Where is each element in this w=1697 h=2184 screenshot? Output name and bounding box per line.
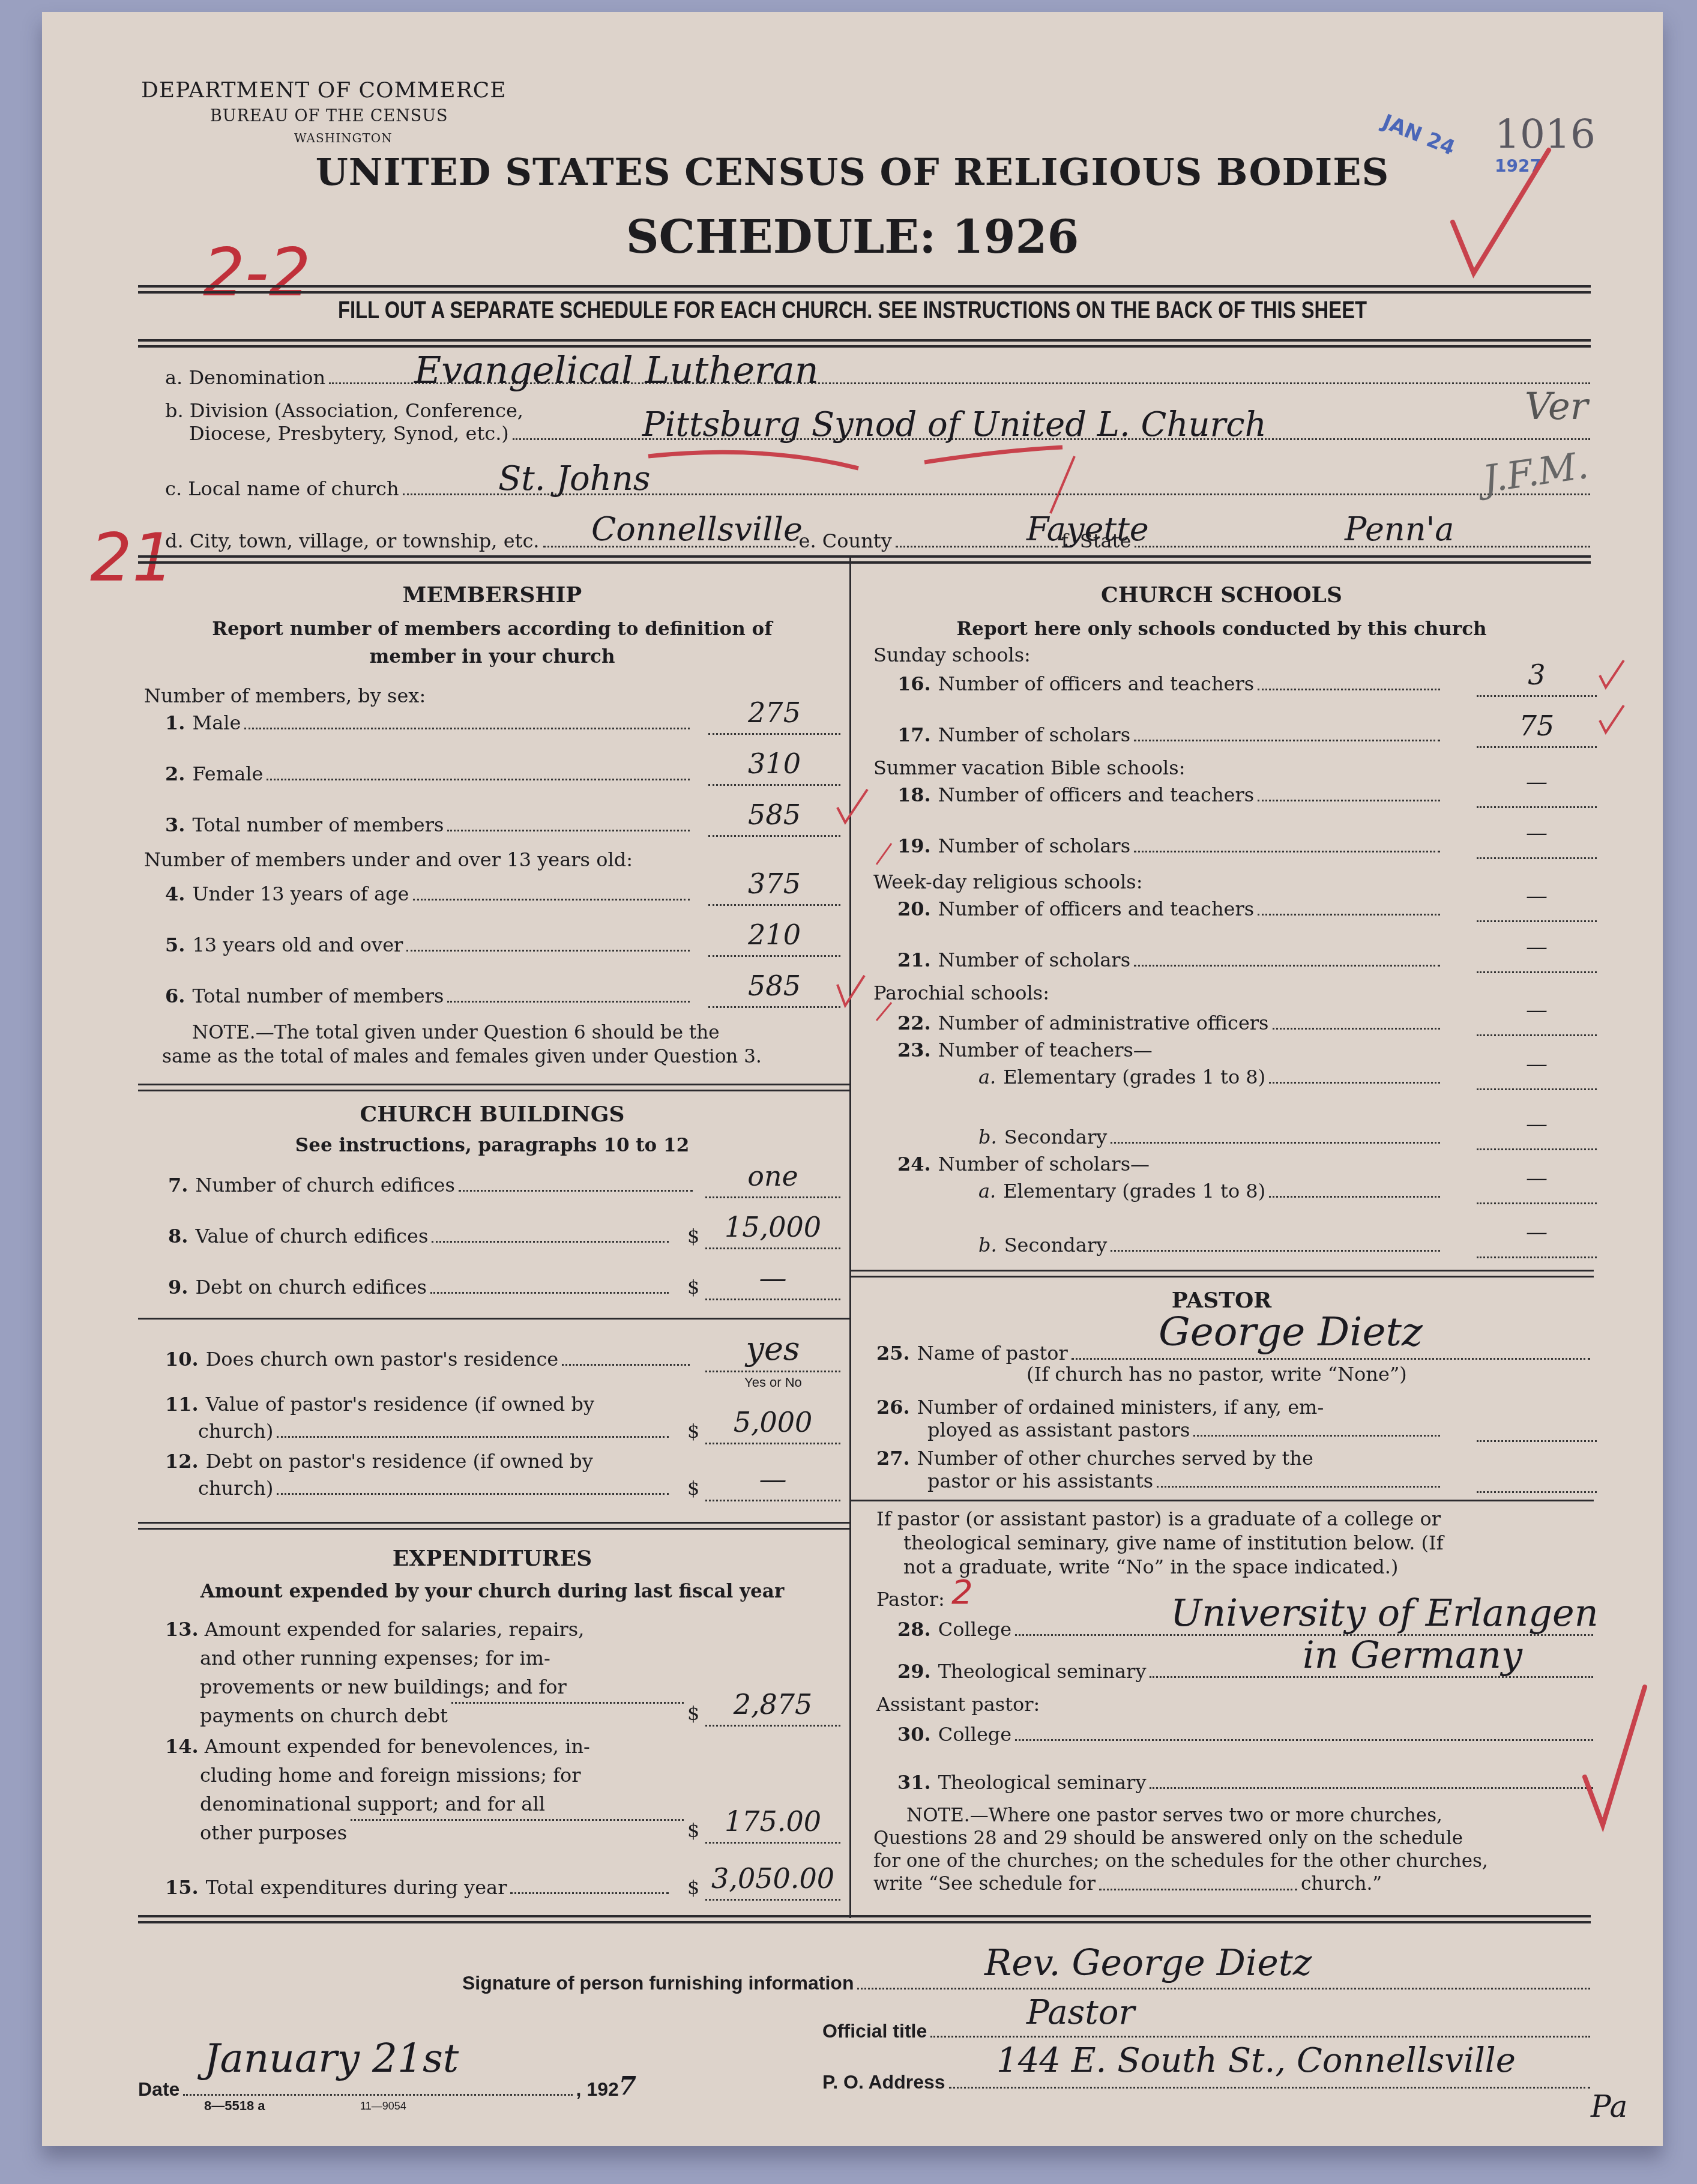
question-number: 3. — [165, 813, 185, 836]
red-check-icon — [1597, 702, 1627, 738]
question-label: denominational support; and for all — [165, 1790, 687, 1818]
print-code: 11—9054 — [360, 2100, 406, 2113]
section-divider — [138, 1090, 849, 1091]
question-label: Number of officers and teachers — [938, 783, 1255, 806]
question-label: pastor or his assistants — [927, 1470, 1153, 1492]
answer-line — [705, 1841, 840, 1844]
question-label: Male — [192, 711, 241, 734]
dotted-leader — [1134, 964, 1440, 967]
other-churches-field[interactable] — [1477, 1491, 1597, 1493]
address-label: P. O. Address — [822, 2071, 945, 2093]
question-number: 1. — [165, 711, 185, 734]
pencil-verification-mark: Ver — [1525, 384, 1588, 428]
question-label: College — [938, 1618, 1012, 1641]
question-number: 19. — [897, 834, 931, 857]
schools-q23: 23. Number of teachers— — [897, 1039, 1444, 1061]
answer-line — [705, 1370, 840, 1372]
answer-line — [1477, 1256, 1597, 1258]
address-state-note: Pa — [1591, 2089, 1627, 2124]
dotted-leader — [447, 829, 690, 831]
schools-q22: 22. Number of administrative officers — [897, 1012, 1444, 1034]
double-rule — [138, 339, 1591, 348]
dotted-leader — [183, 2093, 572, 2096]
dollar-sign: $ — [687, 1225, 699, 1247]
weekday-scholars-field[interactable]: — — [1477, 935, 1597, 959]
expenditures-title: EXPENDITURES — [138, 1546, 846, 1571]
denomination-label: a. Denomination — [165, 366, 325, 389]
question-label: Number of scholars— — [938, 1153, 1150, 1175]
date-year-prefix: , 192 — [576, 2078, 619, 2101]
running-expenses-field[interactable]: 2,875 — [705, 1688, 840, 1721]
dotted-leader — [1134, 850, 1440, 852]
dollar-sign: $ — [687, 1876, 699, 1899]
question-label: Total number of members — [192, 985, 444, 1007]
question-label: Number of scholars — [938, 723, 1130, 746]
membership-subtitle: Report number of members according to de… — [138, 615, 846, 671]
question-number: 27. — [876, 1447, 910, 1470]
date-year-field[interactable]: 7 — [619, 2071, 636, 2101]
buildings-q11: 11. Value of pastor's residence (if owne… — [165, 1393, 693, 1416]
question-number: 7. — [168, 1174, 188, 1196]
buildings-q9: 9. Debt on church edifices — [168, 1276, 672, 1299]
section-divider — [849, 1276, 1594, 1278]
double-rule — [138, 555, 1591, 564]
question-label: Secondary — [1004, 1126, 1108, 1148]
question-number: 16. — [897, 672, 931, 695]
census-schedule-page: DEPARTMENT OF COMMERCE BUREAU OF THE CEN… — [42, 12, 1663, 2146]
expenditures-q15: 15. Total expenditures during year — [165, 1876, 672, 1899]
male-count-field[interactable]: 275 — [708, 696, 840, 729]
question-number: 20. — [897, 897, 931, 920]
buildings-q12: 12. Debt on pastor's residence (if owned… — [165, 1450, 693, 1473]
dollar-sign: $ — [687, 1420, 699, 1443]
county-field[interactable]: Fayette — [1026, 510, 1149, 548]
dotted-leader — [430, 1291, 669, 1294]
question-label: Value of church edifices — [195, 1225, 428, 1247]
division-label: b. Division (Association, Conference, — [165, 399, 523, 422]
question-label: Amount expended for benevolences, in- — [205, 1735, 590, 1758]
section-divider — [138, 1522, 849, 1524]
denomination-field[interactable]: Evangelical Lutheran — [414, 348, 819, 392]
sunday-scholars-field[interactable]: 75 — [1477, 710, 1597, 742]
city-field[interactable]: Connellsville — [591, 510, 803, 548]
pastor-sublabel: Pastor: — [876, 1588, 945, 1611]
question-number: 21. — [897, 949, 931, 971]
city-label: d. City, town, village, or township, etc… — [165, 529, 540, 552]
question-label: ployed as assistant pastors — [927, 1419, 1190, 1441]
state-field[interactable]: Penn'a — [1345, 510, 1454, 548]
total-members-age-field[interactable]: 585 — [708, 970, 840, 1002]
answer-line — [705, 1298, 840, 1300]
church-buildings-title: CHURCH BUILDINGS — [138, 1102, 846, 1127]
question-label: Elementary (grades 1 to 8) — [1003, 1066, 1265, 1088]
column-divider — [849, 555, 851, 1918]
schools-q21: 21. Number of scholars — [897, 949, 1444, 971]
dotted-leader — [1273, 1027, 1440, 1030]
dotted-leader — [459, 1189, 693, 1192]
owns-residence-field[interactable]: yes — [705, 1330, 840, 1368]
assistant-pastor-label: Assistant pastor: — [876, 1693, 1040, 1716]
answer-line — [1477, 746, 1597, 748]
dotted-leader — [949, 2086, 1590, 2089]
church-edifices-count-field[interactable]: one — [705, 1160, 840, 1192]
instruction-line: If pastor (or assistant pastor) is a gra… — [876, 1507, 1597, 1531]
age-group-label: Number of members under and over 13 year… — [144, 848, 633, 871]
section-divider — [849, 1270, 1594, 1271]
answer-line — [705, 1898, 840, 1901]
address-field[interactable]: 144 E. South St., Connellsville — [996, 2041, 1516, 2080]
schools-q19: 19. Number of scholars — [897, 834, 1444, 857]
buildings-q11-cont: church) — [198, 1420, 672, 1443]
question-label: church) — [198, 1420, 273, 1443]
official-title-label: Official title — [822, 2020, 927, 2042]
question-label: Amount expended for salaries, repairs, — [205, 1618, 585, 1641]
edifice-debt-field[interactable]: — — [705, 1262, 840, 1294]
question-label: Number of church edifices — [195, 1174, 455, 1196]
question-label: Secondary — [1004, 1234, 1108, 1256]
expenditures-subtitle: Amount expended by your church during la… — [138, 1578, 846, 1605]
schools-q24a: a. Elementary (grades 1 to 8) — [978, 1180, 1444, 1202]
total-members-field[interactable]: 585 — [708, 798, 840, 831]
elementary-teachers-field[interactable]: — — [1477, 1052, 1597, 1076]
note-line: NOTE.—Where one pastor serves two or mor… — [873, 1804, 1600, 1827]
question-number: 30. — [897, 1723, 931, 1746]
membership-q3: 3. Total number of members — [165, 813, 693, 836]
pastor-q31: 31. Theological seminary — [897, 1771, 1597, 1794]
no-pastor-hint: (If church has no pastor, write “None”) — [1026, 1363, 1407, 1386]
dotted-leader — [1134, 739, 1440, 741]
parochial-schools-label: Parochial schools: — [873, 982, 1049, 1004]
dotted-leader — [857, 1987, 1590, 1989]
question-label: Total expenditures during year — [206, 1876, 507, 1899]
answer-line — [708, 1006, 840, 1008]
pastor-q27-cont: pastor or his assistants — [927, 1470, 1444, 1492]
dollar-sign: $ — [687, 1276, 699, 1299]
membership-q2: 2. Female — [165, 762, 693, 785]
dotted-leader — [1157, 1485, 1440, 1488]
form-title: UNITED STATES CENSUS OF RELIGIOUS BODIES — [42, 150, 1663, 194]
section-divider — [138, 1084, 849, 1085]
answer-line — [1477, 1202, 1597, 1204]
schools-q18: 18. Number of officers and teachers — [897, 783, 1444, 806]
question-number: 8. — [168, 1225, 188, 1247]
question-label: Total number of members — [192, 813, 444, 836]
summer-teachers-field[interactable]: — — [1477, 770, 1597, 794]
buildings-q10: 10. Does church own pastor's residence — [165, 1348, 693, 1371]
question-number: 28. — [897, 1618, 931, 1641]
bureau-name: BUREAU OF THE CENSUS — [210, 107, 448, 125]
see-schedule-church-field[interactable] — [1099, 1888, 1297, 1890]
edifice-value-field[interactable]: 15,000 — [705, 1211, 840, 1243]
question-label: Number of teachers— — [938, 1039, 1153, 1061]
question-number: 6. — [165, 985, 185, 1007]
total-expenditures-field[interactable]: 3,050.00 — [699, 1862, 846, 1895]
signature-label: Signature of person furnishing informati… — [462, 1972, 854, 1994]
question-number: a. — [978, 1066, 996, 1088]
dotted-leader — [1269, 1081, 1440, 1084]
dotted-leader — [432, 1240, 669, 1243]
question-number: 2. — [165, 762, 185, 785]
dotted-leader — [930, 2035, 1590, 2038]
dotted-leader — [1072, 1357, 1590, 1360]
local-name-row: c. Local name of church — [165, 477, 1594, 500]
question-label: Number of scholars — [938, 834, 1130, 857]
question-number: 15. — [165, 1876, 199, 1899]
dotted-leader — [1111, 1141, 1440, 1144]
question-number: 18. — [897, 783, 931, 806]
question-label: Debt on pastor's residence (if owned by — [206, 1450, 593, 1473]
question-label: 13 years old and over — [192, 934, 403, 956]
question-number: 25. — [876, 1342, 910, 1365]
secondary-scholars-field[interactable]: — — [1477, 1220, 1597, 1244]
pastor-seminary-field[interactable]: in Germany — [1303, 1633, 1522, 1677]
church-schools-subtitle: Report here only schools conducted by th… — [852, 615, 1591, 643]
answer-line — [1477, 1034, 1597, 1036]
question-number: 10. — [165, 1348, 199, 1371]
question-number: 26. — [876, 1396, 910, 1419]
question-label: Number of administrative officers — [938, 1012, 1269, 1034]
question-label: Number of other churches served by the — [917, 1447, 1313, 1470]
question-label: Elementary (grades 1 to 8) — [1003, 1180, 1265, 1202]
church-buildings-subtitle: See instructions, paragraphs 10 to 12 — [138, 1132, 846, 1159]
expenditures-q14: 14. Amount expended for benevolences, in… — [165, 1732, 687, 1847]
dotted-leader — [1258, 913, 1440, 916]
answer-line — [708, 903, 840, 906]
residence-value-field[interactable]: 5,000 — [705, 1406, 840, 1438]
question-label: Number of scholars — [938, 949, 1130, 971]
assistant-college-field[interactable] — [1015, 1739, 1593, 1741]
question-number: b. — [978, 1234, 997, 1256]
note-line: Questions 28 and 29 should be answered o… — [873, 1827, 1600, 1850]
question-label: provements or new buildings; and for — [165, 1673, 687, 1701]
division-field[interactable]: Pittsburg Synod of United L. Church — [642, 405, 1267, 444]
schools-q16: 16. Number of officers and teachers — [897, 672, 1444, 695]
dotted-leader — [1269, 1195, 1440, 1198]
dotted-leader — [1111, 1249, 1440, 1252]
dotted-leader — [267, 778, 690, 780]
summer-schools-label: Summer vacation Bible schools: — [873, 756, 1185, 779]
question-number: 4. — [165, 882, 185, 905]
instruction-line: not a graduate, write “No” in the space … — [876, 1555, 1597, 1579]
question-number: 17. — [897, 723, 931, 746]
question-label: Number of officers and teachers — [938, 897, 1255, 920]
answer-line — [708, 783, 840, 786]
residence-debt-field[interactable]: — — [705, 1463, 840, 1495]
pastor-q26: 26. Number of ordained ministers, if any… — [876, 1396, 1477, 1419]
note-line: NOTE.—The total given under Question 6 s… — [162, 1021, 840, 1045]
dollar-sign: $ — [687, 1477, 699, 1500]
question-number: 13. — [165, 1618, 199, 1641]
schools-q23a: a. Elementary (grades 1 to 8) — [978, 1066, 1444, 1088]
dotted-leader — [351, 1818, 684, 1821]
membership-note: NOTE.—The total given under Question 6 s… — [162, 1021, 840, 1069]
admin-officers-field[interactable]: — — [1477, 998, 1597, 1022]
under-13-field[interactable]: 375 — [708, 867, 840, 900]
buildings-q7: 7. Number of church edifices — [168, 1174, 696, 1196]
question-number: 23. — [897, 1039, 931, 1061]
division-label-2: Diocese, Presbytery, Synod, etc.) — [189, 422, 509, 445]
membership-q1: 1. Male — [165, 711, 693, 734]
red-check-icon — [1597, 657, 1627, 693]
assistant-pastors-field[interactable] — [1477, 1440, 1597, 1442]
dotted-leader — [510, 1892, 669, 1894]
elementary-scholars-field[interactable]: — — [1477, 1166, 1597, 1190]
question-label: Does church own pastor's residence — [206, 1348, 559, 1371]
dotted-leader — [1193, 1434, 1440, 1437]
answer-line — [1477, 920, 1597, 922]
dollar-sign: $ — [687, 1702, 699, 1725]
answer-line — [708, 955, 840, 957]
weekday-schools-label: Week-day religious schools: — [873, 870, 1142, 893]
dotted-leader — [277, 1492, 669, 1495]
pastor-q26-cont: ployed as assistant pastors — [927, 1419, 1444, 1441]
secondary-teachers-field[interactable]: — — [1477, 1112, 1597, 1136]
schools-q23b: b. Secondary — [978, 1126, 1444, 1148]
membership-subtitle-line: member in your church — [138, 643, 846, 671]
church-schools-title: CHURCH SCHOOLS — [852, 582, 1591, 608]
question-label: payments on church debt — [200, 1701, 448, 1730]
pastor-name-field[interactable]: George Dietz — [1159, 1309, 1423, 1355]
question-number: b. — [978, 1126, 997, 1148]
date-field[interactable]: January 21st — [204, 2035, 459, 2081]
buildings-q12-cont: church) — [198, 1477, 672, 1500]
question-label: and other running expenses; for im- — [165, 1644, 687, 1673]
red-pastor-mark: 2 — [951, 1573, 973, 1612]
form-code: 8—5518 a — [204, 2098, 265, 2114]
question-label: Number of ordained ministers, if any, em… — [917, 1396, 1324, 1419]
question-label: Theological seminary — [938, 1660, 1147, 1683]
graduate-instructions: If pastor (or assistant pastor) is a gra… — [876, 1507, 1597, 1579]
local-name-field[interactable]: St. Johns — [498, 459, 651, 498]
note-line: same as the total of males and females g… — [162, 1045, 840, 1069]
red-check-icon — [834, 786, 870, 828]
red-margin-marks — [873, 840, 897, 1057]
pastor-college-field[interactable]: University of Erlangen — [1171, 1591, 1599, 1635]
answer-line — [708, 834, 840, 837]
expenditures-q13: 13. Amount expended for salaries, repair… — [165, 1615, 687, 1730]
yes-or-no-hint: Yes or No — [744, 1375, 802, 1390]
by-sex-label: Number of members, by sex: — [144, 684, 426, 707]
dotted-leader — [1258, 799, 1440, 801]
dotted-leader — [1258, 688, 1440, 690]
answer-line — [1477, 1088, 1597, 1090]
pastor-note: NOTE.—Where one pastor serves two or mor… — [873, 1804, 1600, 1895]
question-label: church) — [198, 1477, 273, 1500]
dotted-leader — [451, 1701, 684, 1704]
note-line: church.” — [1301, 1872, 1382, 1895]
answer-line — [705, 1247, 840, 1249]
buildings-q8: 8. Value of church edifices — [168, 1225, 672, 1247]
dotted-leader — [406, 949, 690, 952]
weekday-teachers-field[interactable]: — — [1477, 884, 1597, 908]
schools-q17: 17. Number of scholars — [897, 723, 1444, 746]
dotted-leader — [244, 727, 690, 729]
question-label: Theological seminary — [938, 1771, 1147, 1794]
question-number: 22. — [897, 1012, 931, 1034]
answer-line — [1477, 971, 1597, 973]
schools-q24: 24. Number of scholars— — [897, 1153, 1444, 1175]
female-count-field[interactable]: 310 — [708, 747, 840, 780]
county-label: e. County — [799, 529, 892, 552]
question-number: 11. — [165, 1393, 199, 1416]
sunday-schools-label: Sunday schools: — [873, 644, 1031, 666]
answer-line — [708, 732, 840, 735]
question-label: cluding home and foreign missions; for — [165, 1761, 687, 1790]
signature-field[interactable]: Rev. George Dietz — [984, 1942, 1312, 1984]
question-label: College — [938, 1723, 1012, 1746]
question-number: 29. — [897, 1660, 931, 1683]
membership-title: MEMBERSHIP — [138, 582, 846, 608]
local-name-label: c. Local name of church — [165, 477, 399, 500]
answer-line — [1477, 1148, 1597, 1150]
benevolences-field[interactable]: 175.00 — [705, 1805, 840, 1838]
question-number: a. — [978, 1180, 996, 1202]
instruction-banner: FILL OUT A SEPARATE SCHEDULE FOR EACH CH… — [188, 297, 1517, 324]
dollar-sign: $ — [687, 1819, 699, 1842]
answer-line — [1477, 857, 1597, 859]
pastor-q30: 30. College — [897, 1723, 1597, 1746]
official-title-field[interactable]: Pastor — [1026, 1993, 1135, 2032]
answer-line — [705, 1442, 840, 1444]
schools-q24b: b. Secondary — [978, 1234, 1444, 1256]
double-rule — [138, 285, 1591, 294]
question-number: 14. — [165, 1735, 199, 1758]
question-label: Debt on church edifices — [195, 1276, 427, 1299]
pastor-q27: 27. Number of other churches served by t… — [876, 1447, 1477, 1470]
question-label: other purposes — [200, 1818, 347, 1847]
13-and-over-field[interactable]: 210 — [708, 919, 840, 951]
question-label: Number of officers and teachers — [938, 672, 1255, 695]
answer-line — [705, 1196, 840, 1198]
answer-line — [1477, 695, 1597, 697]
question-number: 12. — [165, 1450, 199, 1473]
answer-line — [705, 1724, 840, 1727]
official-title-row: Official title — [822, 2020, 1594, 2042]
summer-scholars-field[interactable]: — — [1477, 821, 1597, 845]
instruction-line: theological seminary, give name of insti… — [876, 1531, 1597, 1555]
denomination-row: a. Denomination — [165, 366, 1594, 389]
double-rule — [138, 1915, 1591, 1923]
answer-line — [1477, 806, 1597, 808]
question-label: Value of pastor's residence (if owned by — [206, 1393, 594, 1416]
bureau-city: WASHINGTON — [294, 131, 393, 145]
department-name: DEPARTMENT OF COMMERCE — [141, 78, 507, 103]
answer-line — [705, 1499, 840, 1501]
sunday-teachers-field[interactable]: 3 — [1477, 659, 1597, 691]
red-check-icon — [1579, 1681, 1651, 1837]
red-check-icon — [834, 973, 870, 1015]
section-divider — [138, 1318, 849, 1320]
membership-subtitle-line: Report number of members according to de… — [138, 615, 846, 643]
date-label: Date — [138, 2078, 179, 2101]
question-number: 31. — [897, 1771, 931, 1794]
section-divider — [138, 1528, 849, 1530]
question-number: 5. — [165, 934, 185, 956]
dotted-leader — [447, 1000, 690, 1003]
membership-q6: 6. Total number of members — [165, 985, 693, 1007]
question-number: 9. — [168, 1276, 188, 1299]
question-number: 24. — [897, 1153, 931, 1175]
schools-q20: 20. Number of officers and teachers — [897, 897, 1444, 920]
note-line: for one of the churches; on the schedule… — [873, 1850, 1600, 1872]
section-divider — [849, 1500, 1594, 1501]
question-label: Name of pastor — [917, 1342, 1068, 1365]
membership-q4: 4. Under 13 years of age — [165, 882, 693, 905]
dotted-leader — [562, 1363, 690, 1366]
dotted-leader — [277, 1435, 669, 1438]
question-label: Under 13 years of age — [192, 882, 409, 905]
assistant-seminary-field[interactable] — [1150, 1787, 1593, 1789]
